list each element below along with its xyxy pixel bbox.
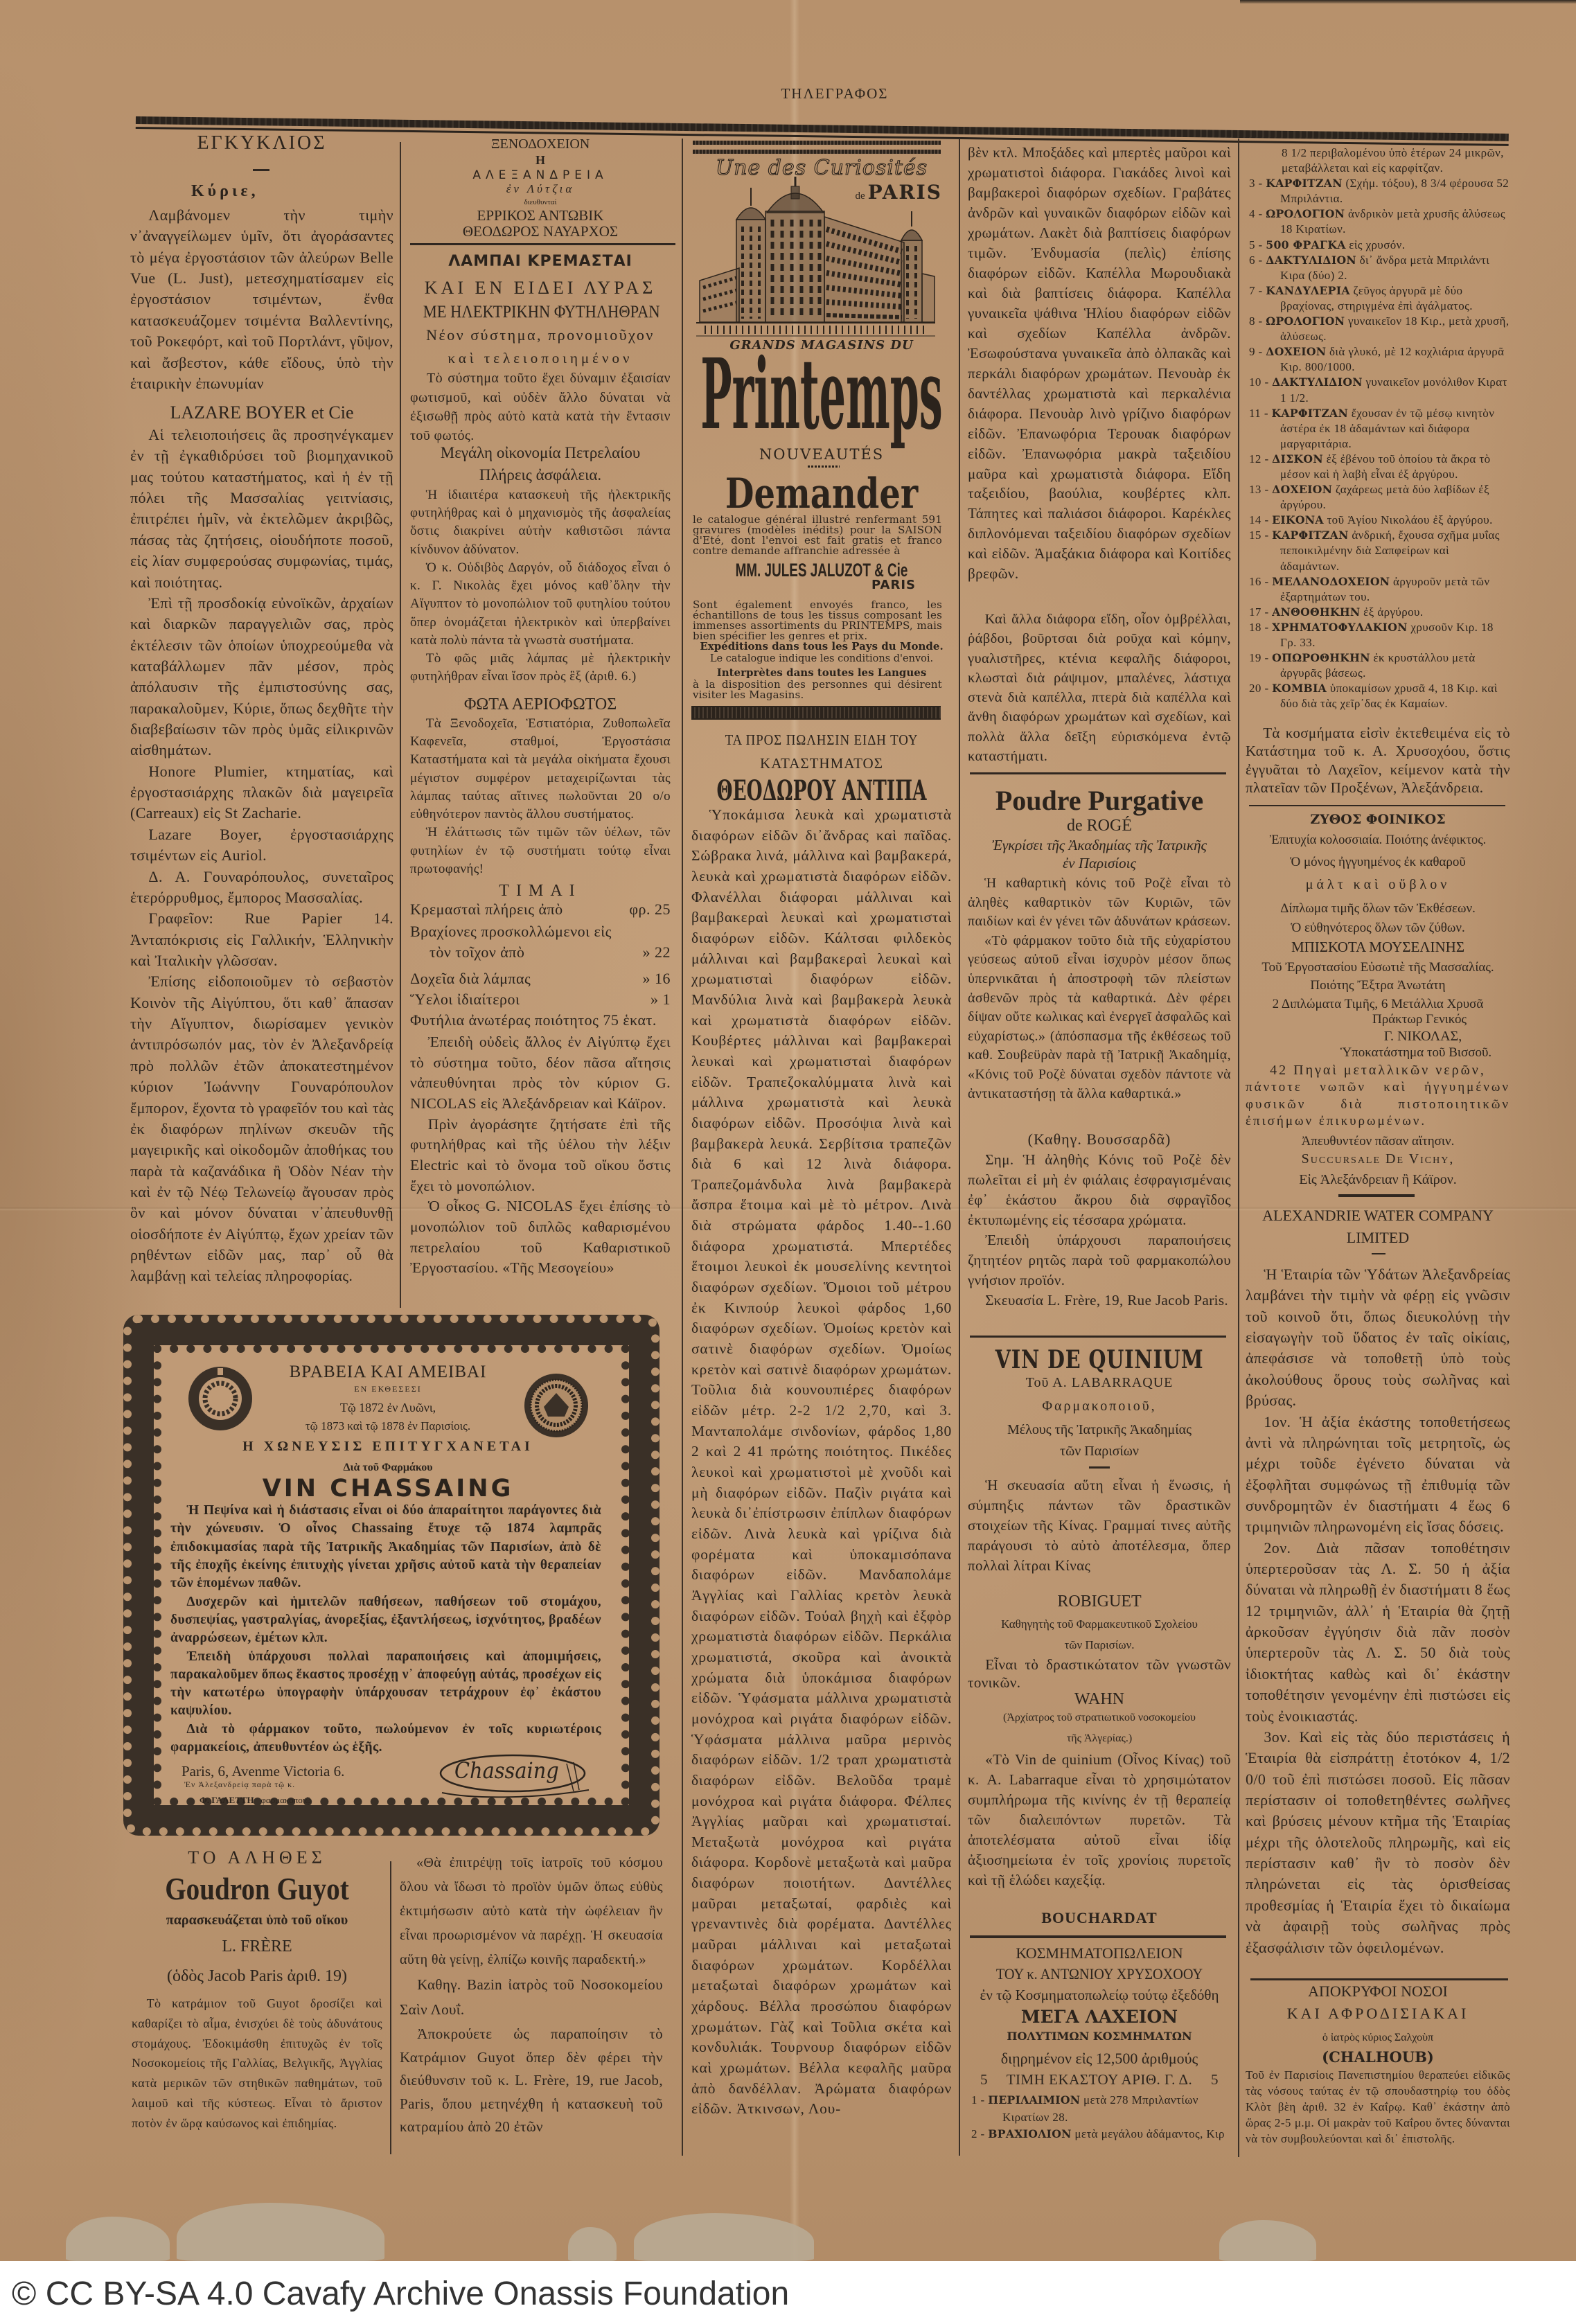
paragraph: Ἐπειδὴ οὐδεὶς ἄλλος ἐν Αἰγύπτῳ ἔχει τὸ σ… — [410, 1032, 671, 1115]
printemps-cta-text: Demander — [725, 473, 918, 515]
list-item: 10 - ΔΑΚΤΥΛΙΔΙΟΝ γυναικεῖον μονόλιθον Κι… — [1246, 375, 1510, 405]
price-value: » 22 — [643, 942, 671, 963]
lamps-slogan: Μεγάλη οἰκονομία Πετρελαίου — [410, 442, 671, 464]
list-item: 1 - ΠΕΡΙΛΑΙΜΙΟΝ μετὰ 278 Μπριλαντίων Κιρ… — [968, 2092, 1231, 2126]
prize-number: 11 - — [1249, 407, 1268, 420]
printemps-conditions: Le catalogue indique les conditions d'en… — [691, 652, 952, 666]
paragraph: Ἐπὶ τῇ προσδοκίᾳ εὐνοϊκῶν, ἀρχαίων καὶ δ… — [130, 593, 393, 761]
paragraph: Πρὶν ἀγοράσητε ζητήσατε ἐπὶ τῆς φυτηλήθρ… — [410, 1115, 671, 1197]
lamps-heading: ΛΑΜΠΑΙ ΚΡΕΜΑΣΤΑΙ — [410, 251, 671, 273]
prize-number: 15 - — [1249, 529, 1269, 542]
award-line: τῷ 1873 καὶ τῷ 1878 ἐν Παρισίοις. — [166, 1415, 610, 1437]
circular-heading: ΕΓΚΥΚΛΙΟΣ — [130, 132, 393, 154]
lamps-subheading: ΜΕ ΗΛΕΚΤΡΙΚΗΝ ΦΥΤΗΛΗΘΡΑΝ — [423, 301, 657, 323]
quinium-maker-affiliation: Μέλους τῆς Ἰατρικῆς Ἀκαδημίας — [968, 1419, 1231, 1441]
decorative-wave — [808, 465, 840, 468]
guyot-maker: L. FRÈRE — [132, 1935, 382, 1958]
prize-name: ΧΡΗΜΑΤΟΦΥΛΑΚΙΟΝ — [1272, 621, 1408, 634]
price-item: Βραχίονες προσκολλώμενοι εἰς — [410, 921, 612, 942]
column-divider — [1238, 139, 1239, 2157]
paragraph: Ὁ οἶκος G. NICOLAS ἔχει ἐπίσης τὸ μονοπώ… — [410, 1196, 671, 1279]
ad-border-bar — [693, 141, 941, 145]
page-title: ΤΗΛΕΓΡΑΦΟΣ — [765, 82, 904, 105]
prize-name: ΩΡΟΛΟΓΙΟΝ — [1266, 207, 1345, 220]
paragraph: Sont également envoyés franco, les échan… — [693, 600, 942, 641]
price-item: Ὕελοι ἰδιαίτεροι — [410, 989, 520, 1010]
paragraph: Ἡ σκευασία αὕτη εἶναι ἡ ἕνωσις, ἡ σύμπηξ… — [968, 1475, 1231, 1576]
prize-name: ΩΡΟΛΟΓΙΟΝ — [1266, 314, 1345, 328]
paragraph: le catalogue général illustré renfermant… — [693, 515, 942, 556]
list-item: 17 - ΑΝΘΟΘΗΚΗΝ ἐξ ἀργύρου. — [1246, 605, 1510, 620]
paragraph: Καθηγ. Bazin ἰατρὸς τοῦ Νοσοκομείου Σαὶν… — [400, 1973, 663, 2022]
price-row: Δοχεῖα διὰ λάμπας» 16 — [410, 968, 671, 989]
prize-number: 18 - — [1249, 621, 1269, 634]
ad-separator-bar — [691, 706, 941, 720]
printemps-proprietors-city: PARIS — [691, 576, 952, 595]
prize-number: 14 - — [1249, 513, 1269, 526]
prize-number: 3 - — [1249, 177, 1263, 190]
prize-name: ΚΑΡΦΙΤΖΑΝ — [1272, 529, 1349, 542]
lottery-subtitle: ΠΟΛΥΤΙΜΩΝ ΚΟΣΜΗΜΑΤΩΝ — [968, 2025, 1231, 2048]
water-company-name: ALEXANDRIE WATER COMPANY — [1246, 1205, 1510, 1227]
prize-number: 19 - — [1249, 651, 1269, 664]
paragraph: «Τὸ φάρμακον τοῦτο διὰ τῆς εὐχαρίστου γε… — [968, 932, 1231, 1103]
vichy-branch-name: Succursale De Vichy, — [1246, 1148, 1510, 1170]
prize-number: 8 - — [1249, 314, 1263, 328]
paragraph: Αἱ τελειοποιήσεις ἃς προσηνέγκαμεν ἐν τῇ… — [130, 425, 393, 593]
section-rule — [1338, 1194, 1415, 1197]
quinium-maker-role: Φαρμακοποιοῦ, — [968, 1395, 1231, 1417]
beer-line: Ὁ μόνος ἠγγυημένος ἐκ καθαροῦ — [1246, 851, 1510, 873]
paragraph: Δ. Α. Γουναρόπουλος, συνεταῖρος ἑτερόρρυ… — [130, 867, 393, 909]
price-item: Δοχεῖα διὰ λάμπας — [410, 968, 531, 989]
paragraph: Ἡ Ἑταιρία τῶν Ὑδάτων Ἀλεξανδρείας λαμβάν… — [1246, 1264, 1510, 1412]
circular-salutation: Κύριε, — [130, 180, 393, 202]
poudre-product: Poudre Purgative — [968, 787, 1231, 815]
list-item: 6 - ΔΑΚΤΥΛΙΔΙΟΝ δι᾽ ἄνδρα μετὰ Μπριλάντι… — [1246, 253, 1510, 283]
lottery-heading: ΤΟΥ κ. ΑΝΤΩΝΙΟΥ ΧΡΥΣΟΧΟΟΥ — [978, 1963, 1221, 1985]
list-item: 16 - ΜΕΛΑΝΟΔΟΧΕΙΟΝ ἀργυροῦν μετὰ τῶν ἐξα… — [1246, 574, 1510, 605]
lottery-price-value: 5 — [980, 2069, 988, 2090]
quinium-author-title: Καθηγητὴς τοῦ Φαρμακευτικοῦ Σχολείου — [968, 1613, 1231, 1635]
list-item: 20 - ΚΟΜΒΙΑ ὑποκαμίσων χρυσᾶ 4, 18 Κιρ. … — [1246, 681, 1510, 711]
list-item: 2 - ΒΡΑΧΙΟΛΙΟΝ μετὰ μεγάλου ἀδάμαντος, Κ… — [968, 2126, 1231, 2143]
paper-top-edge-shadow — [1240, 0, 1576, 3]
paragraph: πάντοτε νωπῶν καὶ ἠγγυημένων φυσικῶν διὰ… — [1246, 1079, 1510, 1130]
prize-number: 13 - — [1249, 483, 1269, 496]
beer-line: Ἐπιτυχία κολοσσιαία. Ποιότης ἀνέφικτος. — [1246, 829, 1510, 851]
antipa-owner: ΘΕΟΔΩΡΟΥ ΑΝΤΙΠΑ — [691, 777, 952, 805]
list-item: 15 - ΚΑΡΦΙΤΖΑΝ ἀνδρική, ἔχουσα σχῆμα μυΐ… — [1246, 528, 1510, 574]
poudre-attribution: (Καθηγ. Βουσσαρδᾶ) — [968, 1128, 1231, 1151]
list-item: 7 - ΚΑΝΔΥΛΕΡΙΑ ζεῦγος ἀργυρᾶ μὲ δύο βραχ… — [1246, 283, 1510, 314]
guyot-kicker: ΤΟ ΑΛΗΘΕΣ — [132, 1847, 382, 1869]
price-item: Κρεμασταὶ πλήρεις ἀπὸ — [410, 899, 563, 920]
list-item: 19 - ΟΠΩΡΟΘΗΚΗΝ ἐκ κρυστάλλου μετὰ ἀργυρ… — [1246, 650, 1510, 681]
chalhoub-body: Τοῦ ἐν Παρισίοις Πανεπιστημίου θεραπεύει… — [1246, 2068, 1510, 2152]
prize-number: 9 - — [1249, 345, 1263, 358]
prize-description: μετὰ μεγάλου ἀδάμαντος, Κιρ — [1074, 2127, 1225, 2140]
paragraph: Σημ. Ἡ ἀληθὴς Κόνις τοῦ Ροζὲ δὲν πωλεῖτα… — [968, 1150, 1231, 1230]
prize-number: 20 - — [1249, 682, 1269, 695]
paragraph: à la disposition des personnes qui désir… — [693, 680, 942, 700]
paragraph: Σκευασία L. Frère, 19, Rue Jacob Paris. — [968, 1290, 1231, 1311]
prize-number: 17 - — [1249, 605, 1269, 619]
water-company-suffix: LIMITED — [1246, 1227, 1510, 1249]
paragraph: Τὸ φῶς μιᾶς λάμπας μὲ ἠλεκτρικὴν φυτηλήθ… — [410, 650, 671, 686]
printemps-visitors: à la disposition des personnes qui désir… — [693, 680, 942, 702]
list-item: 8 1/2 περιβαλομένου ὑπὸ ἑτέρων 24 μικρῶν… — [1246, 145, 1510, 176]
quinium-author: ROBIGUET — [968, 1590, 1231, 1613]
quinium-quote: «Τὸ Vin de quinium (Οἶνος Κίνας) τοῦ κ. … — [968, 1750, 1231, 1906]
section-rule — [970, 1935, 1226, 1938]
column-divider — [390, 1861, 391, 2154]
column-divider — [682, 139, 683, 2156]
lottery-price-line: 5ΤΙΜΗ ΕΚΑΣΤΟΥ ΑΡΙΘ. Γ. Δ.5 — [968, 2069, 1231, 2090]
list-item: 14 - ΕΙΚΟΝΑ τοῦ Ἁγίου Νικολάου ἐξ ἀργύρο… — [1246, 513, 1510, 528]
guyot-maker-intro: παρασκευάζεται ὑπὸ τοῦ οἴκου — [132, 1909, 382, 1931]
list-item: 4 - ΩΡΟΛΟΓΙΟΝ ἀνδρικὸν μετὰ χρυσῆς ἁλύσε… — [1246, 206, 1510, 237]
prize-number: 5 - — [1249, 238, 1263, 251]
list-item: 8 - ΩΡΟΛΟΓΙΟΝ γυναικεῖον 18 Κιρ., μετὰ χ… — [1246, 314, 1510, 344]
poudre-notes: Σημ. Ἡ ἀληθὴς Κόνις τοῦ Ροζὲ δὲν πωλεῖτα… — [968, 1150, 1231, 1322]
lamps-body: Ἡ ἰδιαιτέρα κατασκευὴ τῆς ἠλεκτρικῆς φυτ… — [410, 486, 671, 694]
vichy-springs-text: πάντοτε νωπῶν καὶ ἠγγυημένων φυσικῶν διὰ… — [1246, 1079, 1510, 1132]
price-value: » 16 — [643, 968, 671, 989]
beer-heading: ΖΥΘΟΣ ΦΟΙΝΙΚΟΣ — [1246, 808, 1510, 831]
paragraph: Εἶναι τὸ δραστικώτατον τῶν γνωστῶν τονικ… — [968, 1656, 1231, 1692]
lottery-intro: ἐν τῷ Κοσμηματοπωλείῳ τούτῳ ἐξεδόθη — [968, 1984, 1231, 2006]
prize-number: 1 - — [971, 2093, 985, 2106]
guyot-body: Τὸ κατράμιον τοῦ Guyot δροσίζει καὶ καθα… — [132, 1994, 382, 2136]
prize-name: ΒΡΑΧΙΟΛΙΟΝ — [988, 2127, 1071, 2140]
prize-description: τοῦ Ἁγίου Νικολάου ἐξ ἀργύρου. — [1327, 513, 1492, 526]
printemps-building-illustration — [696, 177, 935, 337]
vin-chassaing-agent-line: Ἐν Ἀλεξανδρείᾳ παρὰ τῷ κ. — [184, 1777, 295, 1791]
heading-dash — [1089, 1466, 1110, 1469]
paragraph: Ἐπίσης εἰδοποιοῦμεν τὸ σεβαστὸν Κοινὸν τ… — [130, 971, 393, 1286]
ad-border-bar — [693, 150, 941, 154]
prize-number: 6 - — [1249, 254, 1263, 267]
lottery-price-value: 5 — [1211, 2069, 1219, 2090]
printemps-cta: Demander — [691, 473, 952, 515]
printemps-wordmark-text: Printemps — [700, 346, 942, 443]
quinium-quote: Ἡ σκευασία αὕτη εἶναι ἡ ἕνωσις, ἡ σύμπηξ… — [968, 1475, 1231, 1586]
prize-name: ΜΕΛΑΝΟΔΟΧΕΙΟΝ — [1272, 575, 1390, 588]
prize-name: ΔΟΧΕΙΟΝ — [1266, 345, 1326, 358]
printemps-samples-text: Sont également envoyés franco, les échan… — [693, 600, 942, 641]
paragraph: 3ον. Καὶ εἰς τὰς δύο περιστάσεις ἡ Ἑταιρ… — [1246, 1727, 1510, 1958]
prize-name: ΔΑΚΤΥΛΙΔΙΟΝ — [1266, 254, 1356, 267]
paragraph: Ἐπειδὴ ὑπάρχουσι παραποιήσεις ζητητέον ρ… — [968, 1230, 1231, 1290]
paragraph: Γραφεῖον: Rue Papier 14. Ἀνταπόκρισις εἰ… — [130, 908, 393, 971]
gas-lights-heading: ΦΩΤΑ ΑΕΡΙΟΦΩΤΟΣ — [410, 693, 671, 716]
prize-name: ΑΝΘΟΘΗΚΗΝ — [1272, 605, 1360, 619]
quinium-author-title: τῶν Παρισίων. — [968, 1634, 1231, 1656]
paragraph: Ὁ κ. Οὐδιβὸς Δαργόν, οὗ διάδοχος εἶναι ὁ… — [410, 559, 671, 650]
guyot-product: Goudron Guyot — [132, 1873, 382, 1905]
prize-name: ΚΑΡΦΙΤΖΑΝ — [1266, 177, 1343, 190]
list-item: 11 - ΚΑΡΦΙΤΖΑΝ ἔχουσαν ἐν τῷ μέσῳ κινητὸ… — [1246, 406, 1510, 452]
paragraph: Ἡ ἐλάττωσις τῶν τιμῶν τῶν ὑέλων, τῶν φυτ… — [410, 824, 671, 878]
vin-chassaing-product: VIN CHASSAING — [166, 1476, 610, 1501]
list-item: 12 - ΔΙΣΚΟΝ ἐξ ἐβένου τοῦ ὁποίου τὰ ἄκρα… — [1246, 452, 1510, 482]
signature-text: Chassaing — [454, 1757, 559, 1784]
paragraph: Ἡ Πεψίνα καὶ ἡ διάστασις εἶναι οἱ δύο ἀπ… — [170, 1502, 601, 1593]
paragraph: 2ον. Διὰ πᾶσαν τοποθέτησιν ὑπερτεροῦσαν … — [1246, 1538, 1510, 1727]
price-row: Φυτήλια ἀνωτέρας ποιότητος 75 ἑκατ. — [410, 1010, 671, 1031]
prize-name: 500 ΦΡΑΓΚΑ — [1266, 238, 1345, 251]
paragraph: Τὸ κατράμιον τοῦ Guyot δροσίζει καὶ καθα… — [132, 1994, 382, 2134]
antipa-heading: ΤΑ ΠΡΟΣ ΠΩΛΗΣΙΝ ΕΙΔΗ ΤΟΥ — [705, 729, 939, 751]
quinium-maker: Τοῦ Α. LABARRAQUE — [968, 1372, 1231, 1394]
guyot-address: (ὁδὸς Jacob Paris ἀριθ. 19) — [132, 1965, 382, 1987]
prize-number: 4 - — [1249, 207, 1263, 220]
paragraph: Ἡ καθαρτικὴ κόνις τοῦ Ροζὲ εἶναι τὸ ἀληθ… — [968, 874, 1231, 932]
paragraph: Ἐπειδὴ ὑπάρχουσι πολλαὶ παραποιήσεις καὶ… — [170, 1648, 601, 1721]
lottery-price-label: ΤΙΜΗ ΕΚΑΣΤΟΥ ΑΡΙΘ. Γ. Δ. — [1007, 2069, 1193, 2090]
newspaper-page: ΤΗΛΕΓΡΑΦΟΣ ΕΓΚΥΚΛΙΟΣ Κύριε, Λαμβάνομεν τ… — [0, 0, 1576, 2324]
price-value: » 1 — [650, 989, 671, 1010]
heading-dash — [253, 169, 269, 171]
quinium-author-title: τῆς Ἀλγερίας.) — [968, 1728, 1231, 1750]
prize-name: ΠΕΡΙΛΑΙΜΙΟΝ — [988, 2093, 1080, 2106]
paragraph: βὲν κτλ. Μποξάδες καὶ μπερτὲς μαῦροι καὶ… — [968, 143, 1231, 584]
lamps-closing: Ἐπειδὴ οὐδεὶς ἄλλος ἐν Αἰγύπτῳ ἔχει τὸ σ… — [410, 1032, 671, 1302]
paragraph: Τὸ σύστημα τοῦτο ἔχει δύναμιν ἐξαισίαν φ… — [410, 369, 671, 445]
guyot-testimonial-author: Καθηγ. Bazin ἰατρὸς τοῦ Νοσοκομείου Σαὶν… — [400, 1973, 663, 2023]
circular-body: Αἱ τελειοποιήσεις ἃς προσηνέγκαμεν ἐν τῇ… — [130, 425, 393, 1304]
beer-line: μάλτ καὶ οὔβλον — [1246, 873, 1510, 896]
prize-number: 7 - — [1249, 284, 1263, 297]
printemps-category: NOUVEAUTÉS — [691, 446, 952, 463]
printemps-catalogue-text: le catalogue général illustré renfermant… — [693, 515, 942, 559]
lottery-tickets: διῃρημένον εἰς 12,500 ἀριθμούς — [968, 2048, 1231, 2070]
antipa-goods-list: Ὑποκάμισα λευκὰ καὶ χρωματιστὰ διαφόρων … — [691, 805, 952, 2129]
chalhoub-doctor-latin: (CHALHOUB) — [1246, 2046, 1510, 2068]
section-rule — [970, 772, 1226, 774]
gas-lights-body: Τὰ Ξενοδοχεῖα, Ἑστιατόρια, Ζυθοπωλεῖα Κα… — [410, 715, 671, 881]
vin-chassaing-body: Ἡ Πεψίνα καὶ ἡ διάστασις εἶναι οἱ δύο ἀπ… — [170, 1502, 601, 1762]
agent-name: Φ. ΓΑΛΕΤΤΗ — [200, 1795, 254, 1805]
paragraph: Ἡ ἰδιαιτέρα κατασκευὴ τῆς ἠλεκτρικῆς φυτ… — [410, 486, 671, 559]
prize-name: ΔΙΣΚΟΝ — [1272, 452, 1323, 465]
paragraph: «Τὸ Vin de quinium (Οἶνος Κίνας) τοῦ κ. … — [968, 1750, 1231, 1890]
price-item: Φυτήλια ἀνωτέρας ποιότητος 75 ἑκατ. — [410, 1010, 657, 1031]
paragraph: 1ον. Ἡ ἀξία ἑκάστης τοποθετήσεως ἀντὶ νὰ… — [1246, 1412, 1510, 1538]
quinium-maker-affiliation: τῶν Παρισίων — [968, 1440, 1231, 1462]
prize-name: ΚΑΝΔΥΛΕΡΙΑ — [1266, 284, 1349, 297]
vin-chassaing-agent: Φ. ΓΑΛΕΤΤΗ φαρμακοποιῷ — [200, 1793, 311, 1808]
antipa-owner-text: ΘΕΟΔΩΡΟΥ ΑΝΤΙΠΑ — [716, 777, 926, 805]
guyot-product-text: Goudron Guyot — [165, 1873, 348, 1905]
hotel-manager: ΘΕΟΔΩΡΟΣ ΝΑΥΑΡΧΟΣ — [410, 220, 671, 242]
list-item: 9 - ΔΟΧΕΙΟΝ διὰ γλυκό, μὲ 12 κοχλιάρια ἀ… — [1246, 344, 1510, 375]
paragraph: Τὰ Ξενοδοχεῖα, Ἑστιατόρια, Ζυθοπωλεῖα Κα… — [410, 715, 671, 824]
section-rule — [1249, 805, 1505, 806]
lottery-display-note: Τὰ κοσμήματα εἰσὶν ἐκτεθειμένα εἰς τὸ Κα… — [1246, 724, 1510, 800]
vichy-springs: 42 Πηγαὶ μεταλλικῶν νερῶν, — [1246, 1059, 1510, 1081]
circular-intro: Λαμβάνομεν τὴν τιμὴν ν᾽ἀναγγείλωμεν ὑμῖν… — [130, 205, 393, 404]
lamps-intro: Τὸ σύστημα τοῦτο ἔχει δύναμιν ἐξαισίαν φ… — [410, 369, 671, 445]
chassaing-signature: Chassaing — [435, 1750, 596, 1805]
prize-name: ΔΟΧΕΙΟΝ — [1272, 483, 1332, 496]
copyright-credit: © CC BY-SA 4.0 Cavafy Archive Onassis Fo… — [12, 2275, 789, 2314]
guyot-warning: Ἀποκρούετε ὡς παραποίησιν τὸ Κατράμιον G… — [400, 2023, 663, 2140]
price-row: τὸν τοῖχον ἀπὸ» 22 — [410, 942, 671, 963]
prize-name: ΕΙΚΟΝΑ — [1272, 513, 1324, 526]
lamps-subheading: ΚΑΙ ΕΝ ΕΙΔΕΙ ΛΥΡΑΣ — [410, 277, 671, 299]
list-item: 13 - ΔΟΧΕΙΟΝ ζαχάρεως μετὰ δύο λαβίδων ἐ… — [1246, 482, 1510, 513]
quinium-author: BOUCHARDAT — [968, 1907, 1231, 1929]
circular-company-name: LAZARE BOYER et Cie — [130, 402, 393, 424]
antipa-goods-other: Καὶ ἄλλα διάφορα εἴδη, οἷον ὀμβρέλλαι, ῥ… — [968, 610, 1231, 768]
prize-number: 12 - — [1249, 452, 1269, 465]
lottery-heading: ΚΟΣΜΗΜΑΤΟΠΩΛΕΙΟΝ — [968, 1942, 1231, 1964]
paragraph: Καὶ ἄλλα διάφορα εἴδη, οἷον ὀμβρέλλαι, ῥ… — [968, 610, 1231, 766]
paragraph: «Θὰ ἐπιτρέψῃ τοῖς ἰατροῖς τοῦ κόσμου ὅλο… — [400, 1851, 663, 1972]
lottery-prizes: 1 - ΠΕΡΙΛΑΙΜΙΟΝ μετὰ 278 Μπριλαντίων Κιρ… — [968, 2092, 1231, 2150]
price-row: Κρεμασταὶ πλήρεις ἀπὸφρ. 25 — [410, 899, 671, 920]
biscuits-heading: ΜΠΙΣΚΟΤΑ ΜΟΥΣΕΛΙΝΗΣ — [1246, 936, 1510, 958]
chalhoub-heading: ΑΠΟΚΡΥΦΟΙ ΝΟΣΟΙ — [1246, 1980, 1510, 2003]
water-company-body: Ἡ Ἑταιρία τῶν Ὑδάτων Ἀλεξανδρείας λαμβάν… — [1246, 1264, 1510, 1967]
paragraph: Λαμβάνομεν τὴν τιμὴν ν᾽ἀναγγείλωμεν ὑμῖν… — [130, 205, 393, 394]
prize-name: ΟΠΩΡΟΘΗΚΗΝ — [1272, 651, 1370, 664]
antipa-goods-continued: βὲν κτλ. Μποξάδες καὶ μπερτὲς μαῦροι καὶ… — [968, 143, 1231, 607]
column-divider — [400, 142, 401, 1308]
paragraph: Τὰ κοσμήματα εἰσὶν ἐκτεθειμένα εἰς τὸ Κα… — [1246, 724, 1510, 797]
prize-description: ἐξ ἀργύρου. — [1363, 605, 1423, 619]
prize-name: ΚΑΡΦΙΤΖΑΝ — [1272, 407, 1349, 420]
printemps-interpreters: Interprètes dans toutes les Langues — [691, 665, 952, 680]
poudre-endorsement: ἐν Παρισίοις — [968, 852, 1231, 874]
prize-name: ΔΑΚΤΥΛΙΔΙΟΝ — [1272, 375, 1363, 389]
paragraph: Τοῦ ἐν Παρισίοις Πανεπιστημίου θεραπεύει… — [1246, 2068, 1510, 2147]
price-row: Βραχίονες προσκολλώμενοι εἰς — [410, 921, 671, 942]
paragraph: Ἀποκρούετε ὡς παραποίησιν τὸ Κατράμιον G… — [400, 2023, 663, 2139]
paragraph: Δυσχερῶν καὶ ἡμιτελῶν παθήσεων, παθήσεων… — [170, 1593, 601, 1648]
list-item: 18 - ΧΡΗΜΑΤΟΦΥΛΑΚΙΟΝ χρυσοῦν Κιρ. 18 Γρ.… — [1246, 620, 1510, 650]
prize-name: ΚΟΜΒΙΑ — [1272, 682, 1327, 695]
poudre-body: Ἡ καθαρτικὴ κόνις τοῦ Ροζὲ εἶναι τὸ ἀληθ… — [968, 874, 1231, 1130]
column-divider — [959, 139, 960, 2156]
list-item: 3 - ΚΑΡΦΙΤΖΑΝ (Σχήμ. τόξου), 8 3/4 φέρου… — [1246, 176, 1510, 206]
price-row: Ὕελοι ἰδιαίτεροι» 1 — [410, 989, 671, 1010]
vin-chassaing-claim: Η ΧΩΝΕΥΣΙΣ ΕΠΙΤΥΓΧΑΝΕΤΑΙ — [166, 1435, 610, 1457]
list-item: 5 - 500 ΦΡΑΓΚΑ εἰς χρυσόν. — [1246, 238, 1510, 253]
heading-dash — [1372, 1253, 1385, 1254]
lottery-prizes-continued: 8 1/2 περιβαλομένου ὑπὸ ἑτέρων 24 μικρῶν… — [1246, 145, 1510, 722]
vichy-locations: Εἰς Ἀλεξάνδρειαν ἢ Κάϊρον. — [1246, 1169, 1510, 1191]
prize-number: 16 - — [1249, 575, 1269, 588]
agent-role: φαρμακοποιῷ — [260, 1795, 310, 1805]
printemps-wordmark: Printemps — [691, 346, 952, 443]
guyot-testimonial: «Θὰ ἐπιτρέψῃ τοῖς ἰατροῖς τοῦ κόσμου ὅλο… — [400, 1851, 663, 1974]
prize-number: 2 - — [971, 2127, 985, 2140]
price-item: τὸν τοῖχον ἀπὸ — [430, 942, 524, 963]
lamps-tagline: καὶ τελειοποιημένον — [410, 347, 671, 369]
lamps-slogan: Πλήρεις ἀσφάλεια. — [410, 464, 671, 486]
paragraph: Ὑποκάμισα λευκὰ καὶ χρωματιστὰ διαφόρων … — [691, 805, 952, 2120]
lamps-tagline: Νέον σύστημα, προνομιοῦχον — [410, 324, 671, 346]
paragraph: Honore Plumier, κτηματίας, καὶ ἐργοστασι… — [130, 761, 393, 824]
prize-number: 10 - — [1249, 375, 1269, 389]
chalhoub-heading: ΚΑΙ ΑΦΡΟΔΙΣΙΑΚΑΙ — [1246, 2003, 1510, 2025]
price-value: φρ. 25 — [629, 899, 671, 920]
section-rule — [410, 243, 675, 245]
quinium-author-title: (Ἀρχίατρος τοῦ στρατιωτικοῦ νοσοκομείου — [968, 1707, 1231, 1729]
section-rule — [970, 1336, 1226, 1338]
antipa-heading: ΚΑΤΑΣΤΗΜΑΤΟΣ — [691, 752, 952, 774]
quinium-product-text: VIN DE QUINIUM — [995, 1347, 1204, 1372]
quinium-product: VIN DE QUINIUM — [968, 1347, 1231, 1372]
paragraph: Lazare Boyer, ἐργοστασιάρχης τσιμέντων ε… — [130, 824, 393, 867]
prize-description: εἰς χρυσόν. — [1349, 238, 1405, 251]
